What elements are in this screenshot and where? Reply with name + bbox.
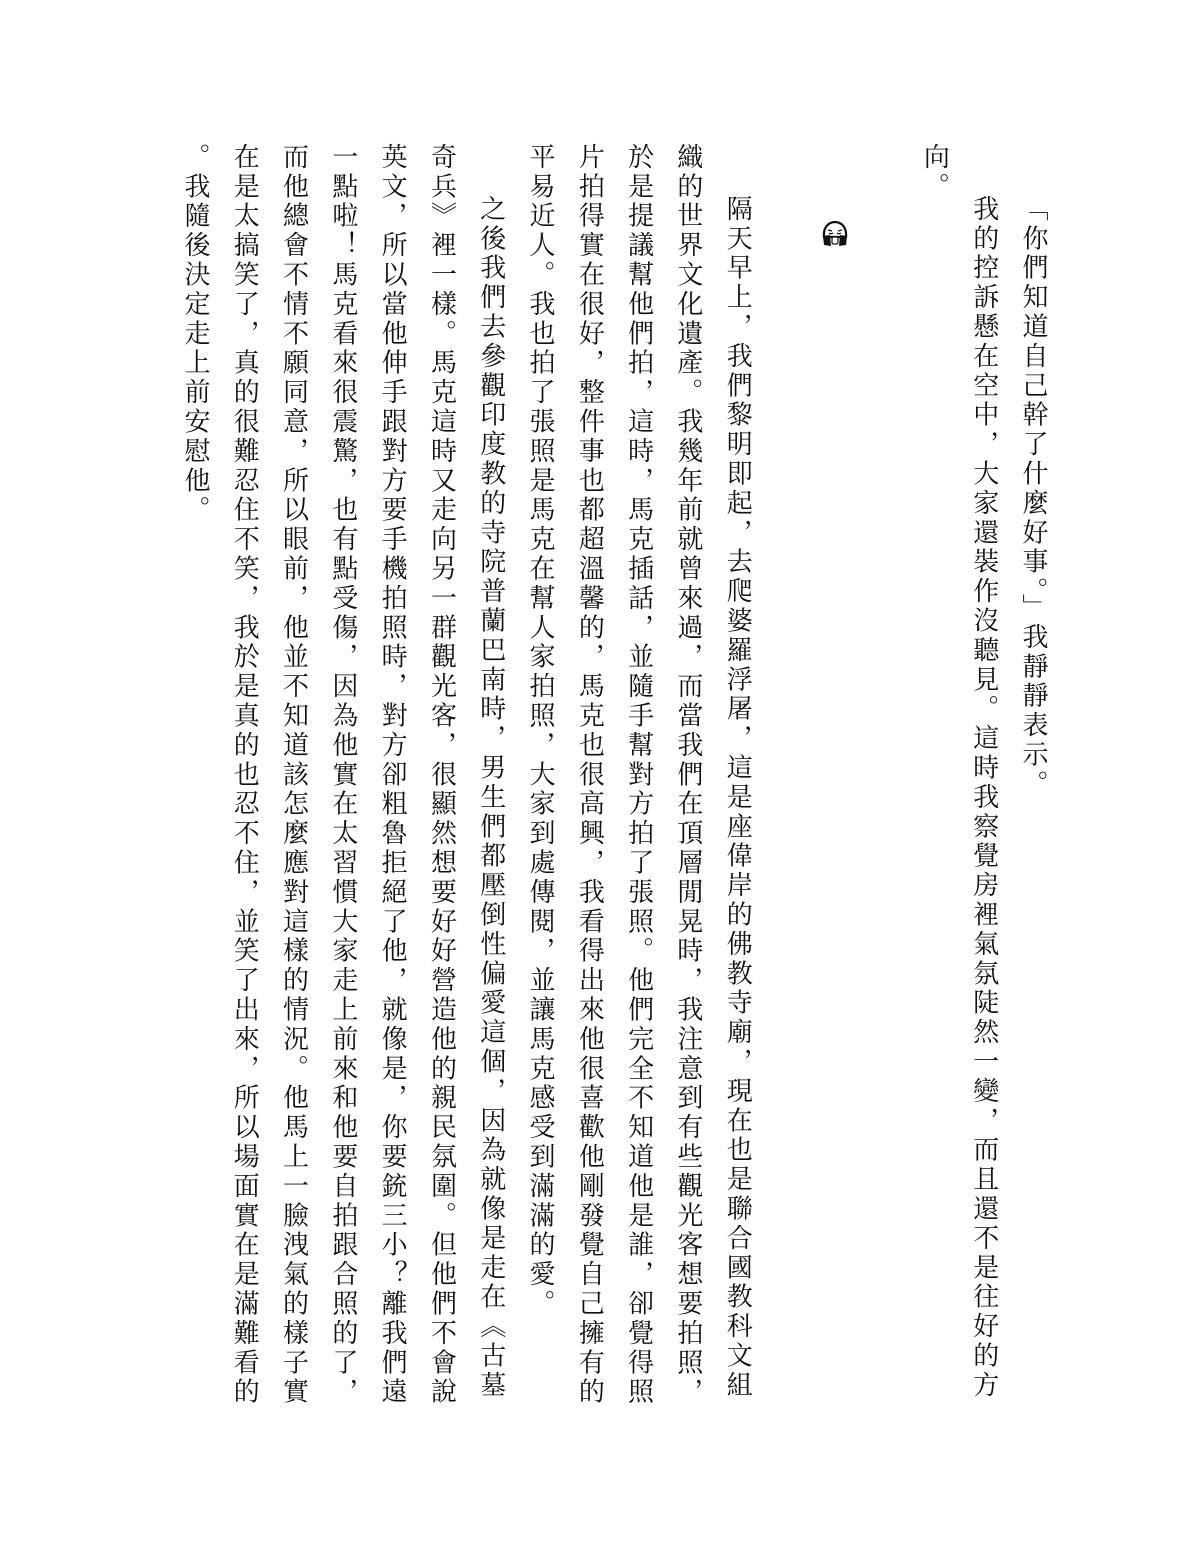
face-emoji-icon	[821, 221, 849, 247]
paragraph-prambanan: 之後我們去參觀印度教的寺院普蘭巴南時，男生們都壓倒性偏愛這個，因為就像是走在《古…	[170, 143, 515, 1411]
blank-line	[860, 143, 909, 1411]
paragraph-accusation: 我的控訴懸在空中，大家還裝作沒聽見。這時我察覺房裡氣氛陡然一變，而且還不是往好的…	[909, 143, 1008, 1411]
section-break	[811, 143, 860, 1411]
paragraph-borobudur: 隔天早上，我們黎明即起，去爬婆羅浮屠，這是座偉岸的佛教寺廟，現在也是聯合國教科文…	[515, 143, 761, 1411]
paragraph-quote: 「你們知道自己幹了什麼好事。」我靜靜表示。	[1008, 143, 1057, 1411]
blank-line	[761, 143, 810, 1411]
vertical-text-page: 「你們知道自己幹了什麼好事。」我靜靜表示。 我的控訴懸在空中，大家還裝作沒聽見。…	[170, 143, 1057, 1411]
